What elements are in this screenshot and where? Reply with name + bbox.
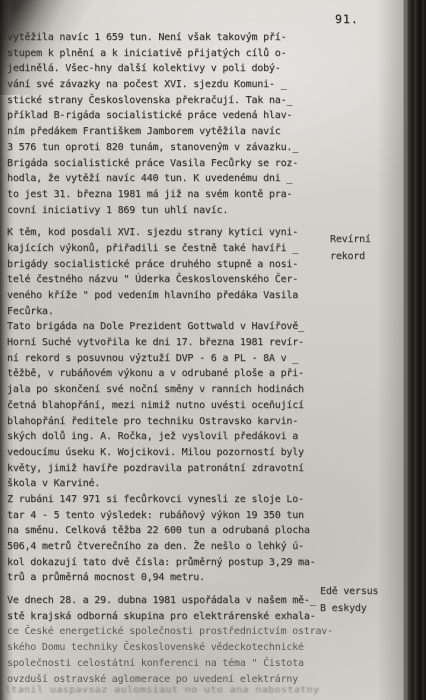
text-line: Tato brigáda na Dole Prezident Gottwald … — [7, 319, 359, 335]
text-line: vytěžila navíc 1 659 tun. Není však tako… — [7, 30, 359, 46]
text-line: covní iniciativy 1 869 tun uhlí navíc. — [7, 203, 359, 219]
text-line: ského Domu techniky Československé vědec… — [7, 640, 359, 656]
text-line: Ve dnech 28. a 29. dubna 1981 uspořádala… — [7, 593, 359, 609]
text-line: blahopřání ředitele pro techniku Ostravs… — [7, 414, 359, 430]
text-line: to jest 31. března 1981 má již na svém k… — [7, 187, 359, 203]
text-line: 506,4 metrů čtverečního za den. Že nešlo… — [7, 539, 359, 555]
text-line: ním předákem Františkem Jamborem vytěžil… — [7, 124, 359, 140]
text-line: četná blahopřání, mezi nimiž nutno uvést… — [7, 398, 359, 414]
text-line: ských dolů ing. A. Ročka, jež vyslovil p… — [7, 429, 359, 445]
text-line: brigády socialistické práce druhého stup… — [7, 257, 359, 273]
margin-note-ede-versus-beskydy: Edě versus B eskydy — [320, 583, 378, 617]
text-line: trů a průměrná mocnost 0,94 metru. — [7, 570, 359, 586]
bleed-through-text: ltanil uaspavsaz aulomsiaut no uto ana n… — [5, 686, 365, 695]
text-line: Horní Suché vytvořila ke dni 17. března … — [7, 335, 359, 351]
text-line: stické strany Československa překračují.… — [7, 93, 359, 109]
scan-binding-edge — [403, 0, 426, 700]
text-line: ní rekord s posuvnou výztuží DVP - 6 a P… — [7, 351, 359, 367]
text-line: květy, jimiž havíře pozdravila patronátn… — [7, 461, 359, 477]
text-line: na směnu. Celková těžba 22 600 tun a odr… — [7, 523, 359, 539]
text-line: kol dokazují tato dvě čísla: průměrný po… — [7, 555, 359, 571]
text-line: příklad B-rigáda socialistické práce ved… — [7, 108, 359, 124]
text-line: jala po skončení své noční směny v ranní… — [7, 382, 359, 398]
text-line: škola v Karviné. — [7, 476, 359, 492]
text-line: veného kříže " pod vedením hlavního před… — [7, 288, 359, 304]
text-line: hodla, že vytěží navíc 440 tun. K uveden… — [7, 171, 359, 187]
text-line: těžbě, v rubáňovém výkonu a v odrubané p… — [7, 366, 359, 382]
typewritten-text-body: vytěžila navíc 1 659 tun. Není však tako… — [7, 30, 359, 687]
text-line: vání své závazky na počest XVI. sjezdu K… — [7, 77, 359, 93]
text-line: stupem k plnění a k iniciativě přijatých… — [7, 46, 359, 62]
text-line: ce České energetické společnosti prostře… — [7, 624, 359, 640]
text-line: stě krajská odborná skupina pro elektrár… — [7, 609, 359, 625]
text-line: kajících výkonů, přiřadili se čestně tak… — [7, 241, 359, 257]
text-line: tar 4 - 5 tento výsledek: rubáňový výkon… — [7, 508, 359, 524]
text-line: 3 576 tun oproti 820 tunám, stanoveným v… — [7, 140, 359, 156]
text-line: Fecůrka. — [7, 304, 359, 320]
scan-gutter-shade — [377, 0, 405, 700]
page-number: 91. — [335, 12, 359, 26]
text-line: vedoucímu úseku K. Wojcikovi. Milou pozo… — [7, 445, 359, 461]
text-line: Z rubáni 147 971 si fecůrkovci vynesli z… — [7, 492, 359, 508]
text-line: K těm, kod posdali XVI. sjezdu strany ky… — [7, 225, 359, 241]
text-line: společnosti celostátní konferenci na tém… — [7, 656, 359, 672]
text-line: Brigáda socialistické práce Vasila Fecůr… — [7, 156, 359, 172]
scanned-document-page: 91. vytěžila navíc 1 659 tun. Není však … — [0, 0, 426, 700]
text-line: jedinělá. Všec-hny další kolektivy v pol… — [7, 61, 359, 77]
margin-note-revirni-rekord: Revírní rekord — [330, 231, 371, 265]
text-line: telé čestného názvu " Úderka Českosloven… — [7, 272, 359, 288]
